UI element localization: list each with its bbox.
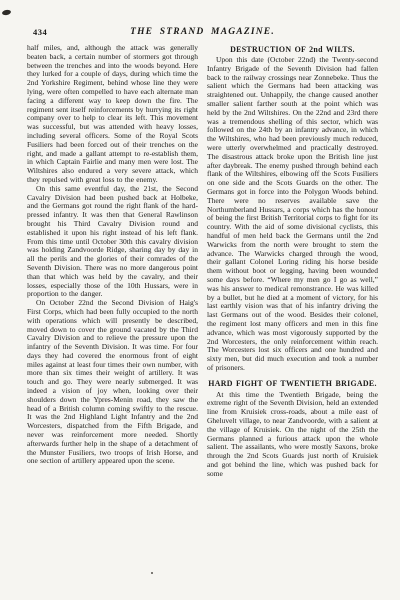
right-column: DESTRUCTION OF 2nd WILTS. Upon this date… xyxy=(207,44,378,600)
running-title: THE STRAND MAGAZINE. xyxy=(27,27,378,37)
paragraph: half miles, and, although the attack was… xyxy=(27,44,198,185)
page-header: 434 THE STRAND MAGAZINE. xyxy=(27,27,378,39)
left-column: half miles, and, although the attack was… xyxy=(27,44,198,600)
text-columns: half miles, and, although the attack was… xyxy=(27,44,378,600)
magazine-page: 434 THE STRAND MAGAZINE. half miles, and… xyxy=(0,0,400,600)
paragraph: At this time the Twentieth Brigade, bein… xyxy=(207,391,378,479)
paragraph: On this same eventful day, the 21st, the… xyxy=(27,185,198,299)
section-heading-hard-fight-of-twentieth-brigade: HARD FIGHT OF TWENTIETH BRIGADE. xyxy=(207,379,378,388)
paragraph: Upon this date (October 22nd) the Twenty… xyxy=(207,56,378,373)
section-heading-destruction-of-2nd-wilts: DESTRUCTION OF 2nd WILTS. xyxy=(207,45,378,54)
paragraph: On October 22nd the Second Division of H… xyxy=(27,299,198,466)
scan-smudge xyxy=(2,9,12,16)
